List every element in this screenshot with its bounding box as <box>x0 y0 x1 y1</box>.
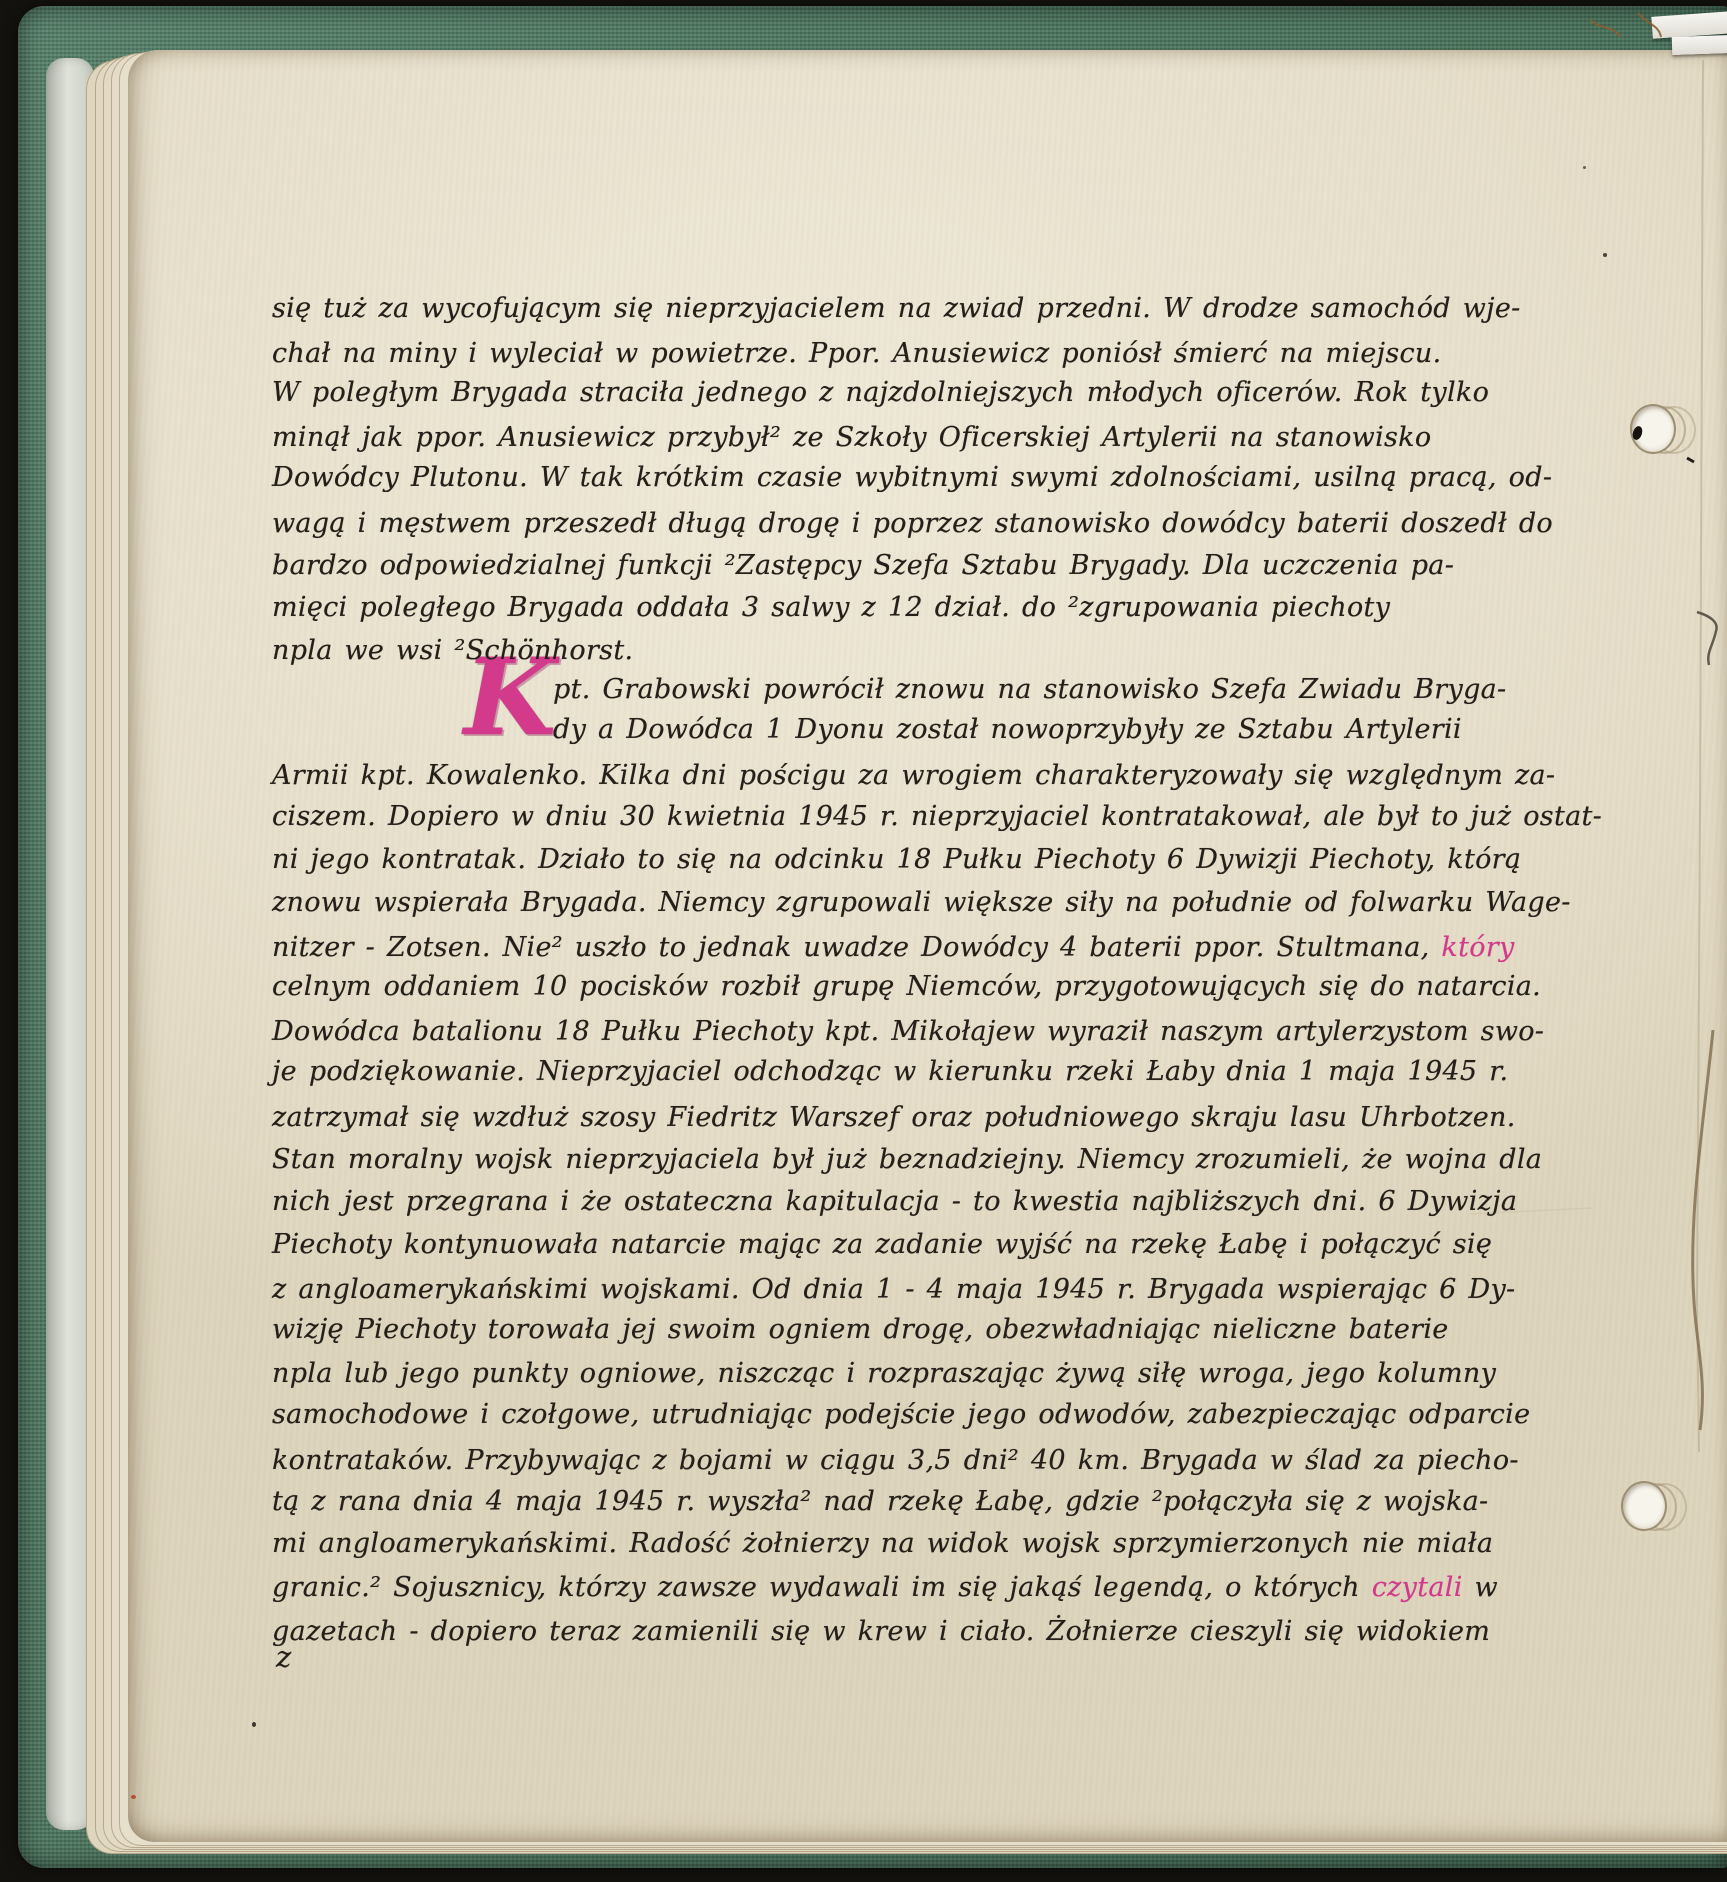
ink-text: wizję Piechoty torowała jej swoim ogniem… <box>272 1314 1449 1345</box>
handwritten-line: ni jego kontratak. Działo to się na odci… <box>272 843 1521 877</box>
ink-text: chał na miny i wyleciał w powietrze. Ppo… <box>272 338 1441 369</box>
ink-text: minął jak ppor. Anusiewicz przybył² ze S… <box>272 422 1431 453</box>
handwritten-line: minął jak ppor. Anusiewicz przybył² ze S… <box>272 421 1431 455</box>
handwritten-line: zatrzymał się wzdłuż szosy Fiedritz Wars… <box>272 1101 1516 1135</box>
handwritten-line: dy a Dowódca 1 Dyonu został nowoprzybyły… <box>553 713 1462 747</box>
handwritten-line: granic.² Sojusznicy, którzy zawsze wydaw… <box>272 1571 1498 1605</box>
handwritten-line: nich jest przegrana i że ostateczna kapi… <box>272 1185 1517 1219</box>
handwritten-line: wagą i męstwem przeszedł długą drogę i p… <box>272 507 1553 541</box>
ink-text: dy a Dowódca 1 Dyonu został nowoprzybyły… <box>553 714 1462 745</box>
red-ink-word: czytali <box>1372 1572 1463 1603</box>
ink-text: samochodowe i czołgowe, utrudniając pode… <box>272 1399 1530 1430</box>
handwritten-line: mięci poległego Brygada oddała 3 salwy z… <box>272 591 1390 625</box>
ink-text: się tuż za wycofującym się nieprzyjaciel… <box>272 293 1521 324</box>
ink-text: mi angloamerykańskimi. Radość żołnierzy … <box>272 1528 1493 1559</box>
ink-text: nitzer - Zotsen. Nie² uszło to jednak uw… <box>272 932 1441 963</box>
handwritten-line: npla lub jego punkty ogniowe, niszcząc i… <box>272 1357 1496 1391</box>
handwritten-line: W poległym Brygada straciła jednego z na… <box>272 376 1489 410</box>
ink-text: mięci poległego Brygada oddała 3 salwy z… <box>272 592 1390 623</box>
ink-text: W poległym Brygada straciła jednego z na… <box>272 377 1489 408</box>
handwritten-line: nitzer - Zotsen. Nie² uszło to jednak uw… <box>272 931 1515 965</box>
handwritten-line: Dowódca batalionu 18 Pułku Piechoty kpt.… <box>272 1015 1544 1049</box>
ink-text: kontrataków. Przybywając z bojami w ciąg… <box>272 1445 1519 1476</box>
handwritten-line: je podziękowanie. Nieprzyjaciel odchodzą… <box>272 1055 1508 1089</box>
ink-text: npla we wsi ²Schönhorst. <box>272 635 633 666</box>
handwritten-line: bardzo odpowiedzialnej funkcji ²Zastępcy… <box>272 549 1454 583</box>
ink-text: celnym oddaniem 10 pocisków rozbił grupę… <box>272 971 1541 1002</box>
ink-text: wagą i męstwem przeszedł długą drogę i p… <box>272 508 1553 539</box>
ink-text: Stan moralny wojsk nieprzyjaciela był ju… <box>272 1144 1542 1175</box>
handwritten-line: Stan moralny wojsk nieprzyjaciela był ju… <box>272 1143 1542 1177</box>
handwritten-line: mi angloamerykańskimi. Radość żołnierzy … <box>272 1527 1493 1561</box>
ink-text: bardzo odpowiedzialnej funkcji ²Zastępcy… <box>272 550 1454 581</box>
handwritten-line: ciszem. Dopiero w dniu 30 kwietnia 1945 … <box>272 800 1602 834</box>
ink-text: je podziękowanie. Nieprzyjaciel odchodzą… <box>272 1056 1508 1087</box>
handwritten-line: Dowódcy Plutonu. W tak krótkim czasie wy… <box>272 461 1552 495</box>
ink-text: zatrzymał się wzdłuż szosy Fiedritz Wars… <box>272 1102 1516 1133</box>
handwritten-line: npla we wsi ²Schönhorst. <box>272 634 633 668</box>
ink-text: Armii kpt. Kowalenko. Kilka dni pościgu … <box>272 760 1555 791</box>
ink-text: granic.² Sojusznicy, którzy zawsze wydaw… <box>272 1572 1372 1603</box>
handwritten-line: gazetach - dopiero teraz zamienili się w… <box>272 1615 1490 1649</box>
ink-text: z angloamerykańskimi wojskami. Od dnia 1… <box>272 1274 1515 1305</box>
handwritten-line: znowu wspierała Brygada. Niemcy zgrupowa… <box>272 886 1571 920</box>
handwritten-line: tą z rana dnia 4 maja 1945 r. wyszła² na… <box>272 1485 1488 1519</box>
handwritten-line: chał na miny i wyleciał w powietrze. Ppo… <box>272 337 1441 371</box>
ink-text: tą z rana dnia 4 maja 1945 r. wyszła² na… <box>272 1486 1488 1517</box>
ink-text: ni jego kontratak. Działo to się na odci… <box>272 844 1521 875</box>
red-ink-word: który <box>1441 932 1514 963</box>
handwritten-line: wizję Piechoty torowała jej swoim ogniem… <box>272 1313 1449 1347</box>
handwritten-line: samochodowe i czołgowe, utrudniając pode… <box>272 1398 1530 1432</box>
handwritten-line: celnym oddaniem 10 pocisków rozbił grupę… <box>272 970 1541 1004</box>
handwritten-line: z angloamerykańskimi wojskami. Od dnia 1… <box>272 1273 1515 1307</box>
ink-text: znowu wspierała Brygada. Niemcy zgrupowa… <box>272 887 1571 918</box>
ink-text: Dowódca batalionu 18 Pułku Piechoty kpt.… <box>272 1016 1544 1047</box>
ink-text: Piechoty kontynuowała natarcie mając za … <box>272 1229 1492 1260</box>
ink-text: nich jest przegrana i że ostateczna kapi… <box>272 1186 1517 1217</box>
ink-text: pt. Grabowski powrócił znowu na stanowis… <box>553 674 1506 705</box>
handwritten-line: Piechoty kontynuowała natarcie mając za … <box>272 1228 1492 1262</box>
ink-text: Dowódcy Plutonu. W tak krótkim czasie wy… <box>272 462 1552 493</box>
photographed-journal-page: K z się tuż za wycofującym się nieprzyja… <box>0 0 1727 1882</box>
ink-text: w <box>1463 1572 1498 1603</box>
ink-text: gazetach - dopiero teraz zamienili się w… <box>272 1616 1490 1647</box>
text-layer: K z się tuż za wycofującym się nieprzyja… <box>0 0 1727 1882</box>
ink-text: npla lub jego punkty ogniowe, niszcząc i… <box>272 1358 1496 1389</box>
handwritten-line: się tuż za wycofującym się nieprzyjaciel… <box>272 292 1521 326</box>
handwritten-line: kontrataków. Przybywając z bojami w ciąg… <box>272 1444 1519 1478</box>
handwritten-line: pt. Grabowski powrócił znowu na stanowis… <box>553 673 1506 707</box>
ink-text: ciszem. Dopiero w dniu 30 kwietnia 1945 … <box>272 801 1602 832</box>
handwritten-line: Armii kpt. Kowalenko. Kilka dni pościgu … <box>272 759 1555 793</box>
